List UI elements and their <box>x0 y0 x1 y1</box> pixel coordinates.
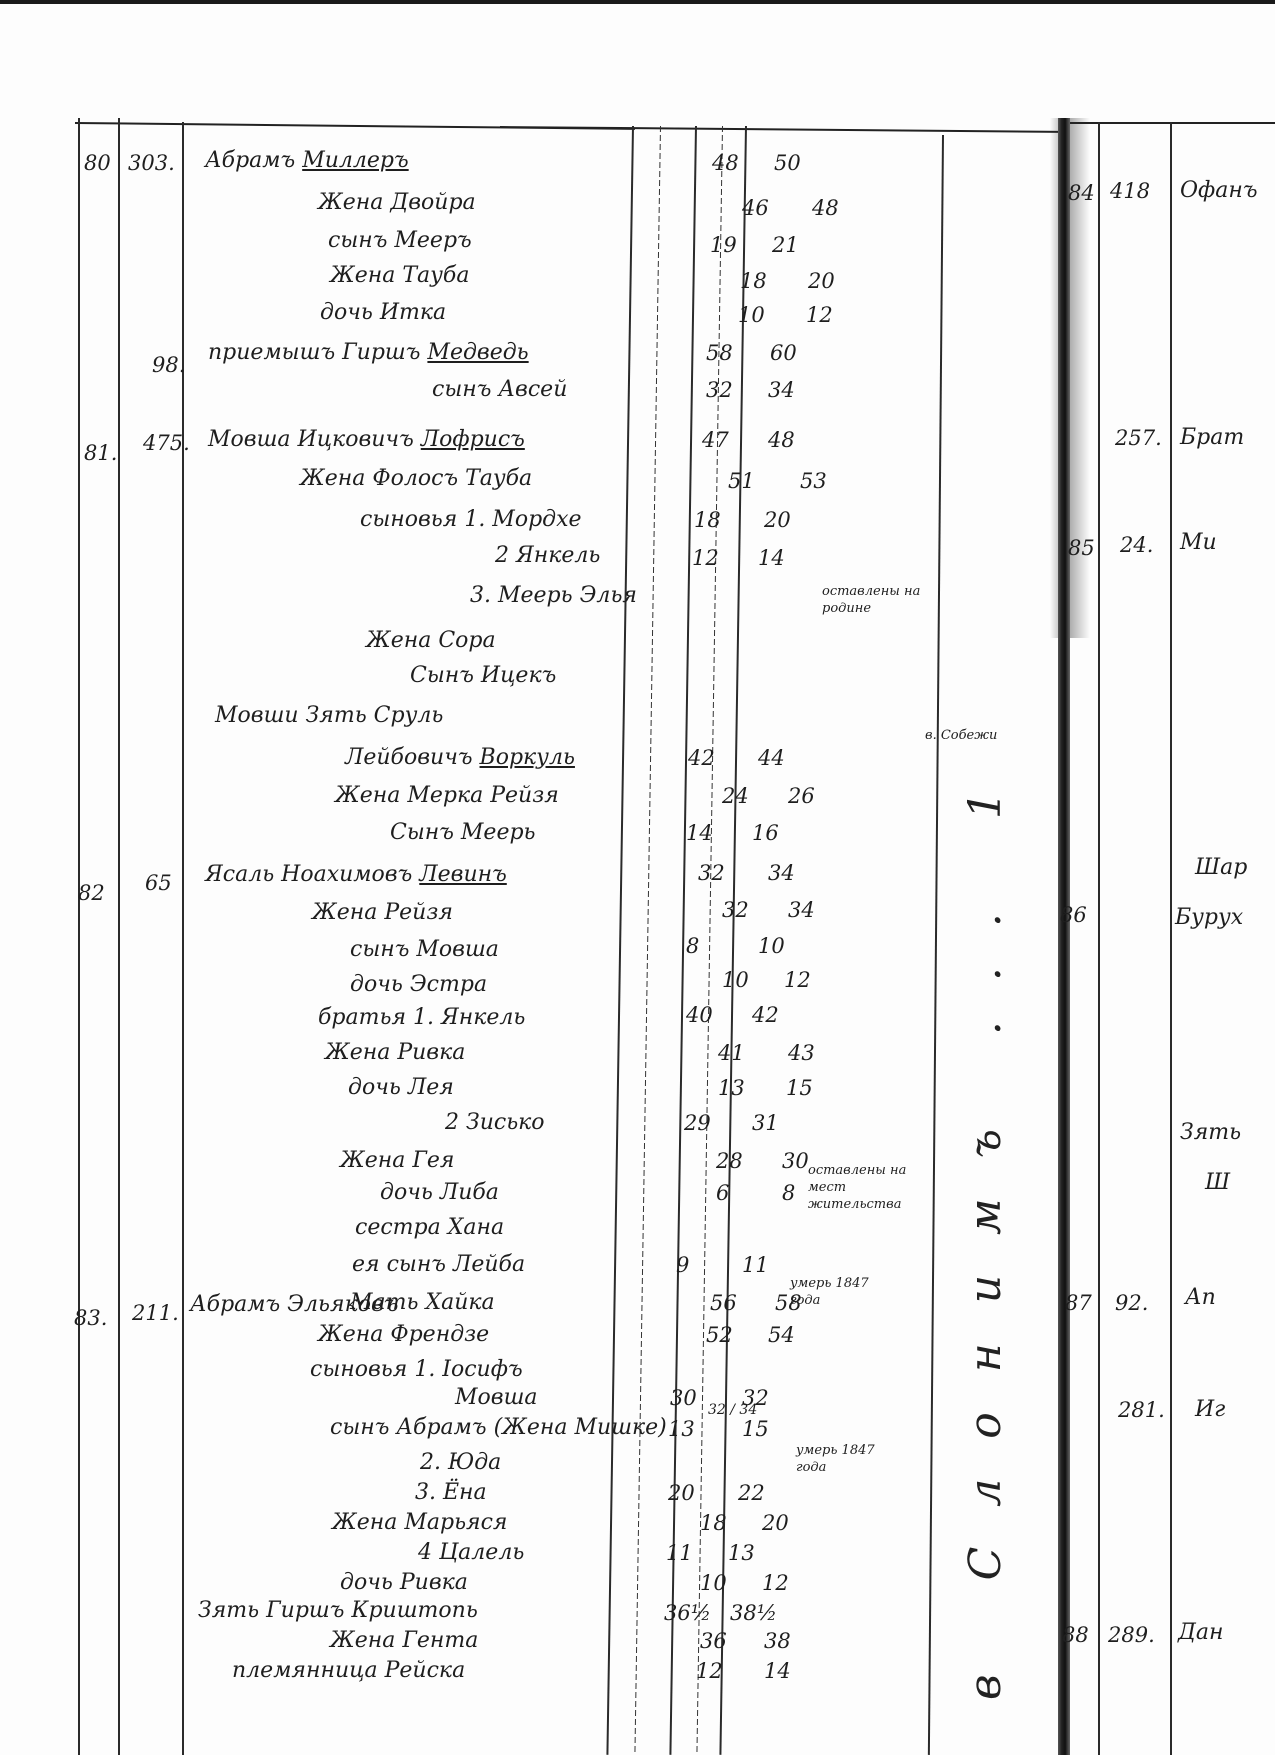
right-entry-text: Иг <box>1195 1397 1225 1423</box>
member: сынъ Абрамъ (Жена Мишке) <box>330 1415 667 1441</box>
member: Жена Рейзя <box>312 900 453 926</box>
member: приемышъ Гиршъ Медведь <box>208 340 529 366</box>
age-a: 6 <box>716 1180 729 1206</box>
age-a: 29 <box>684 1110 711 1136</box>
age-a: 13 <box>668 1416 695 1442</box>
member: племянница Рейска <box>232 1658 465 1684</box>
age-b: 22 <box>738 1480 765 1506</box>
right-entry-text: Ап <box>1185 1285 1216 1311</box>
member: дочь Ривка <box>340 1570 468 1596</box>
age-a: 32 <box>722 897 749 923</box>
age-a: 12 <box>692 545 719 571</box>
household-head: Абрамъ Эльяковъ <box>190 1292 398 1318</box>
age-a: 10 <box>700 1570 727 1596</box>
right-entry-text: Дан <box>1178 1620 1224 1646</box>
age-a: 10 <box>722 967 749 993</box>
member: Жена Френдзе <box>318 1322 489 1348</box>
member: 3. Ёна <box>415 1480 487 1506</box>
member: дочь Либа <box>380 1180 499 1206</box>
right-number-b: 281. <box>1118 1397 1165 1423</box>
age-a: 12 <box>696 1658 723 1684</box>
member: Мовши Зять Сруль <box>215 703 443 729</box>
underlined-surname: Медведь <box>427 340 528 365</box>
age-b: 60 <box>770 340 797 366</box>
age-b: 31 <box>752 1110 779 1136</box>
previous-number: 98. <box>152 352 185 378</box>
previous-number: 303. <box>128 150 175 176</box>
family-number: 82 <box>78 880 105 906</box>
household-head: Абрамъ Миллеръ <box>205 148 409 174</box>
household-head: Ясаль Ноахимовъ Левинъ <box>205 862 507 888</box>
age-b: 20 <box>762 1510 789 1536</box>
age-b: 30 <box>782 1148 809 1174</box>
age-a: 32 <box>698 860 725 886</box>
right-entry-text: Бурух <box>1175 905 1243 931</box>
underlined-surname: Воркуль <box>480 745 575 770</box>
age-b: 20 <box>808 268 835 294</box>
previous-number: 211. <box>132 1300 179 1326</box>
member: Жена Гея <box>340 1148 455 1174</box>
member: Жена Гента <box>330 1628 478 1654</box>
underlined-surname: Миллеръ <box>302 148 408 173</box>
age-b: 38½ <box>730 1600 777 1626</box>
binding-spine <box>1058 118 1070 1755</box>
age-b: 8 <box>782 1180 795 1206</box>
member: 2. Юда <box>420 1450 501 1476</box>
right-number-a: 84 <box>1068 180 1095 206</box>
age-b: 15 <box>786 1075 813 1101</box>
right-entry-text: Шар <box>1195 855 1247 881</box>
member: Мовша <box>455 1385 538 1411</box>
age-b: 14 <box>764 1658 791 1684</box>
right-entry-text: Ми <box>1180 530 1217 556</box>
age-b: 13 <box>728 1540 755 1566</box>
age-b: 12 <box>784 967 811 993</box>
age-a: 9 <box>676 1252 689 1278</box>
age-b: 15 <box>742 1416 769 1442</box>
member: Жена Тауба <box>330 263 469 289</box>
member: сынъ Авсей <box>432 377 567 403</box>
remark: умерь 1847 года <box>790 1275 890 1309</box>
age-a: 14 <box>686 820 713 846</box>
age-a: 40 <box>686 1002 713 1028</box>
age-a: 56 <box>710 1290 737 1316</box>
member: Жена Марьяся <box>332 1510 508 1536</box>
col-rule <box>118 118 120 1755</box>
member: Жена Двойра <box>318 190 476 216</box>
col-rule <box>606 126 633 1755</box>
age-b: 14 <box>758 545 785 571</box>
age-a: 28 <box>716 1148 743 1174</box>
member: сынъ Мовша <box>350 937 499 963</box>
member: дочь Итка <box>320 300 446 326</box>
member: дочь Эстра <box>350 972 487 998</box>
remark: оставлены на родине <box>822 583 932 617</box>
age-a: 58 <box>706 340 733 366</box>
age-b: 11 <box>742 1252 769 1278</box>
right-number-a: 85 <box>1068 535 1095 561</box>
col-rule <box>1170 122 1172 1755</box>
age-a: 46 <box>742 195 769 221</box>
age-b: 48 <box>812 195 839 221</box>
age-a: 20 <box>668 1480 695 1506</box>
age-b: 48 <box>768 427 795 453</box>
top-rule-right <box>500 126 1060 133</box>
remark: оставлены на мест жительства <box>808 1162 908 1213</box>
remark: умерь 1847 года <box>796 1442 906 1476</box>
col-rule <box>78 118 80 1755</box>
age-a: 8 <box>686 933 699 959</box>
age-b: 12 <box>806 302 833 328</box>
member: 3. Меерь Элья <box>470 583 637 609</box>
age-a: 42 <box>688 745 715 771</box>
age-b: 53 <box>800 468 827 494</box>
age-a: 47 <box>702 427 729 453</box>
age-a: 36 <box>700 1628 727 1654</box>
member: 2 Зисько <box>445 1110 545 1136</box>
member: Жена Сора <box>366 628 496 654</box>
age-a: 13 <box>718 1075 745 1101</box>
right-number-b: 92. <box>1115 1290 1148 1316</box>
family-number: 83. <box>74 1305 107 1331</box>
age-a: 32 <box>706 377 733 403</box>
age-a: 18 <box>700 1510 727 1536</box>
age-a: 51 <box>728 468 755 494</box>
age-b: 16 <box>752 820 779 846</box>
age-b: 38 <box>764 1628 791 1654</box>
right-number-a: 87 <box>1065 1290 1092 1316</box>
col-rule <box>634 126 661 1755</box>
member: дочь Лея <box>348 1075 454 1101</box>
age-a: 41 <box>718 1040 745 1066</box>
right-number-b: 24. <box>1120 532 1153 558</box>
previous-number: 65 <box>145 870 172 896</box>
age-a: 18 <box>740 268 767 294</box>
member: ея сынъ Лейба <box>352 1252 525 1278</box>
age-b: 34 <box>768 860 795 886</box>
age-a: 18 <box>694 507 721 533</box>
right-number-b: 289. <box>1108 1622 1155 1648</box>
age-a: 24 <box>722 783 749 809</box>
member: сестра Хана <box>355 1215 504 1241</box>
family-number: 81. <box>84 440 117 466</box>
age-b: 10 <box>758 933 785 959</box>
member: сыновья 1. Мордхе <box>360 507 582 533</box>
age-a: 10 <box>738 302 765 328</box>
age-a: 11 <box>666 1540 693 1566</box>
age-b: 34 <box>768 377 795 403</box>
member: сынъ Мееръ <box>328 228 472 254</box>
member: 2 Янкель <box>495 543 600 569</box>
right-number-a: 86 <box>1060 902 1087 928</box>
right-number-b: 418 <box>1110 178 1150 204</box>
member: Жена Ривка <box>325 1040 465 1066</box>
age-a: 19 <box>710 232 737 258</box>
right-entry-text: Офанъ <box>1180 178 1258 204</box>
age-b: 54 <box>768 1322 795 1348</box>
age-b: 21 <box>772 232 799 258</box>
household-head: Мовша Ицковичъ Лофрисъ <box>208 427 525 453</box>
right-number-a: 88 <box>1062 1622 1089 1648</box>
age-a: 48 <box>712 150 739 176</box>
member: 4 Цалель <box>418 1540 524 1566</box>
member: Сынъ Меерь <box>390 820 536 846</box>
family-number: 80 <box>84 150 111 176</box>
member: Жена Фолосъ Тауба <box>300 466 532 492</box>
member: сыновья 1. Іосифъ <box>310 1357 523 1383</box>
member: Зять Гиршъ Криштопь <box>198 1598 478 1624</box>
age-b: 12 <box>762 1570 789 1596</box>
age-b: 20 <box>764 507 791 533</box>
age-b: 50 <box>774 150 801 176</box>
member: братья 1. Янкель <box>318 1005 525 1031</box>
member: Лейбовичъ Воркуль <box>345 745 575 771</box>
col-rule <box>1098 122 1100 1755</box>
underlined-surname: Лофрисъ <box>421 427 525 452</box>
age-b: 34 <box>788 897 815 923</box>
age-a: 52 <box>706 1322 733 1348</box>
age-b: 42 <box>752 1002 779 1028</box>
right-entry-text: Ш <box>1205 1170 1230 1196</box>
age-a: 30 <box>670 1385 697 1411</box>
age-b: 26 <box>788 783 815 809</box>
previous-number: 475. <box>143 430 190 456</box>
top-rule-right-page <box>1060 122 1275 124</box>
underlined-surname: Левинъ <box>419 862 507 887</box>
age-a: 36½ <box>664 1600 711 1626</box>
col-rule <box>928 135 944 1755</box>
member: Сынъ Ицекъ <box>410 663 556 689</box>
right-entry-text: Брат <box>1180 425 1244 451</box>
scan-top-edge <box>0 0 1275 4</box>
age-b: 44 <box>758 745 785 771</box>
right-number-b: 257. <box>1115 425 1162 451</box>
member: Жена Мерка Рейзя <box>335 783 559 809</box>
age-b: 43 <box>788 1040 815 1066</box>
vertical-margin-annotation: в Слонимъ ... 1 <box>960 300 1011 1700</box>
right-entry-text: Зять <box>1180 1120 1241 1146</box>
